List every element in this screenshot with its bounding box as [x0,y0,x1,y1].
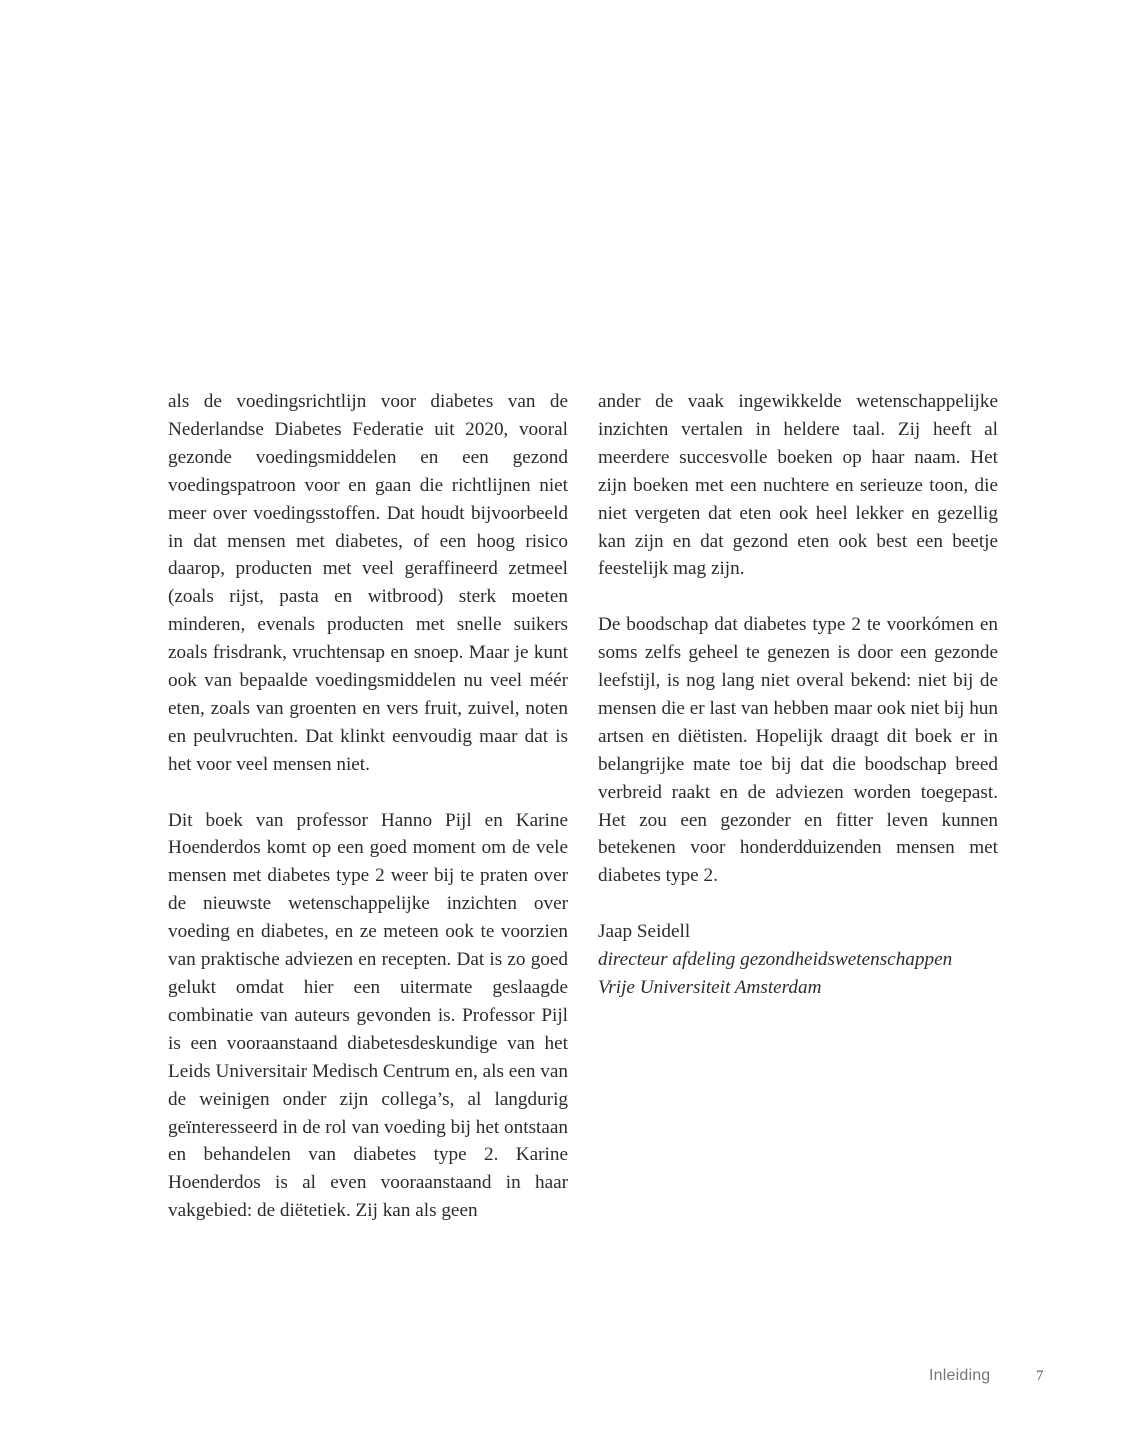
page-number: 7 [1036,1368,1044,1385]
book-page: als de voedingsrichtlijn voor diabetes v… [0,0,1146,1440]
signature-title: directeur afdeling gezondheidswetenschap… [598,946,998,974]
body-paragraph: als de voedingsrichtlijn voor diabetes v… [168,388,568,779]
author-signature: Jaap Seidell directeur afdeling gezondhe… [598,918,998,1002]
body-paragraph: ander de vaak ingewikkelde wetenschappel… [598,388,998,583]
body-paragraph: Dit boek van professor Hanno Pijl en Kar… [168,807,568,1226]
right-text-column: ander de vaak ingewikkelde wetenschappel… [598,388,998,1002]
body-paragraph: De boodschap dat diabetes type 2 te voor… [598,611,998,890]
running-footer-section: Inleiding [929,1367,990,1385]
signature-name: Jaap Seidell [598,918,998,946]
left-text-column: als de voedingsrichtlijn voor diabetes v… [168,388,568,1225]
signature-institution: Vrije Universiteit Amsterdam [598,974,998,1002]
